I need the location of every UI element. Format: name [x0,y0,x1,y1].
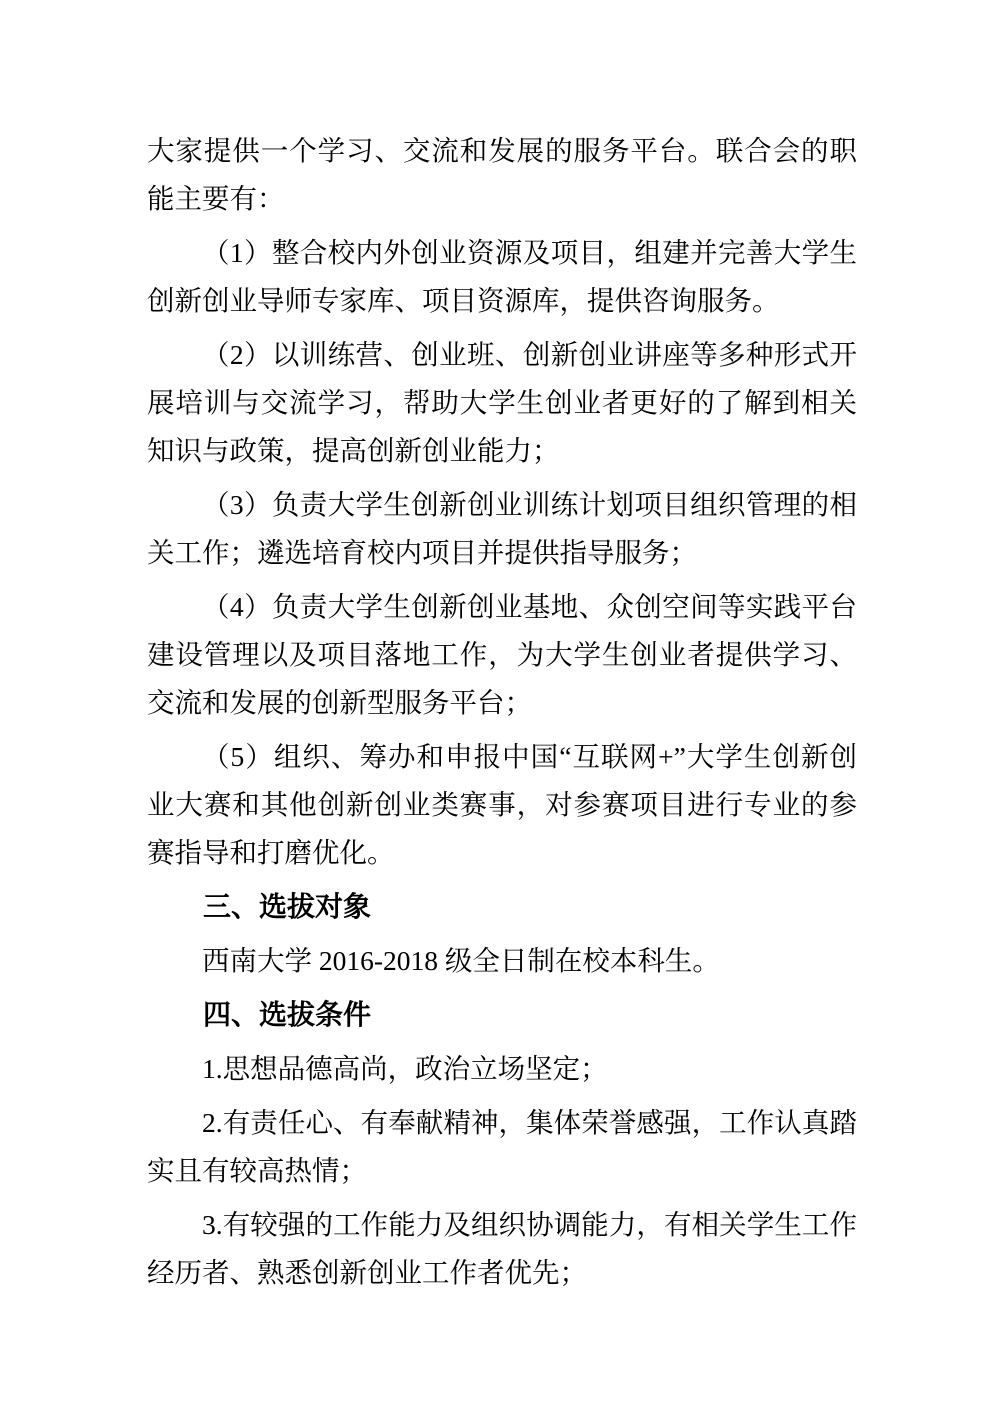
paragraph-criterion-3: 3.有较强的工作能力及组织协调能力，有相关学生工作经历者、熟悉创新创业工作者优先… [147,1201,857,1297]
paragraph-function-1: （1）整合校内外创业资源及项目，组建并完善大学生创新创业导师专家库、项目资源库，… [147,229,857,325]
heading-selection-targets: 三、选拔对象 [147,883,857,931]
paragraph-function-4: （4）负责大学生创新创业基地、众创空间等实践平台建设管理以及项目落地工作，为大学… [147,583,857,727]
paragraph-functions-intro: 大家提供一个学习、交流和发展的服务平台。联合会的职能主要有： [147,127,857,223]
heading-selection-criteria: 四、选拔条件 [147,991,857,1039]
paragraph-criterion-1: 1.思想品德高尚，政治立场坚定； [147,1045,857,1093]
document-page: 大家提供一个学习、交流和发展的服务平台。联合会的职能主要有： （1）整合校内外创… [0,0,1000,1414]
paragraph-function-3: （3）负责大学生创新创业训练计划项目组织管理的相关工作；遴选培育校内项目并提供指… [147,481,857,577]
paragraph-function-2: （2）以训练营、创业班、创新创业讲座等多种形式开展培训与交流学习，帮助大学生创业… [147,331,857,475]
paragraph-function-5: （5）组织、筹办和申报中国“互联网+”大学生创新创业大赛和其他创新创业类赛事，对… [147,733,857,877]
paragraph-selection-targets: 西南大学 2016-2018 级全日制在校本科生。 [147,937,857,985]
document-body: 大家提供一个学习、交流和发展的服务平台。联合会的职能主要有： （1）整合校内外创… [147,127,857,1303]
paragraph-criterion-2: 2.有责任心、有奉献精神，集体荣誉感强，工作认真踏实且有较高热情； [147,1099,857,1195]
